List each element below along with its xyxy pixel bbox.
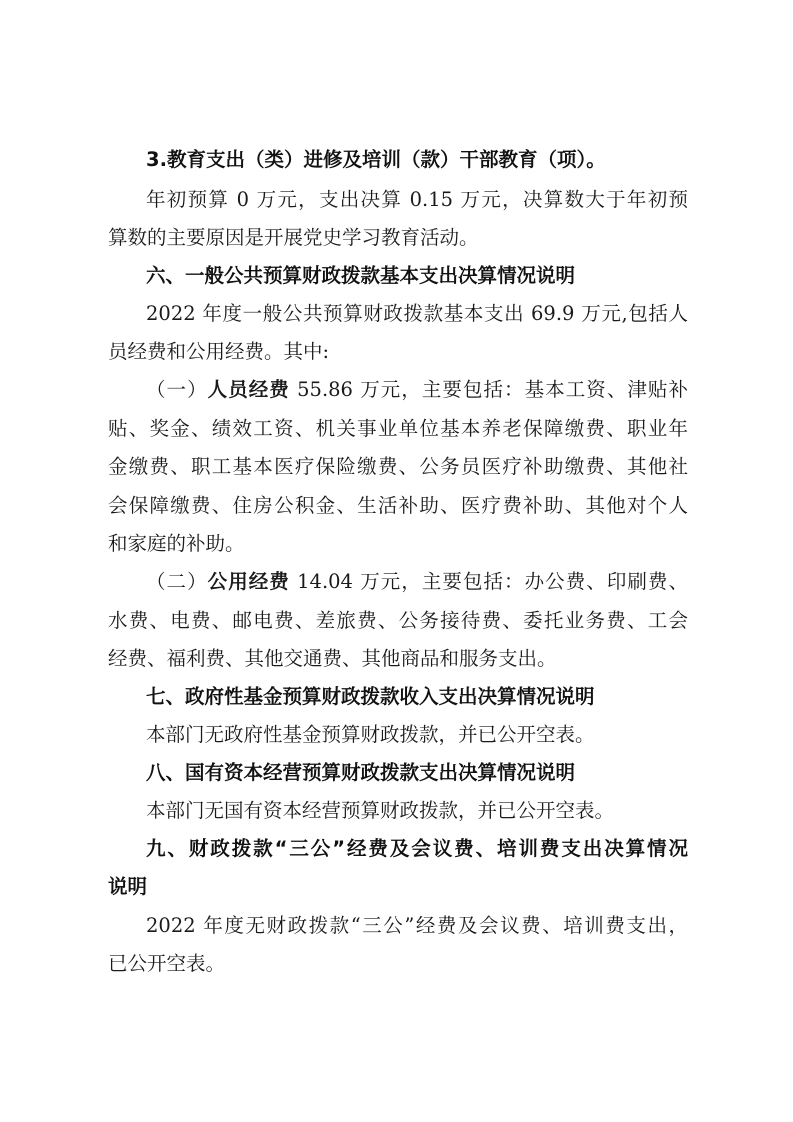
public-prefix: （二） xyxy=(146,570,208,593)
public-expense-label: 公用经费 xyxy=(208,570,290,593)
paragraph-line: 和家庭的补助。 xyxy=(108,528,688,560)
section-7-heading: 七、政府性基金预算财政拨款收入支出决算情况说明 xyxy=(146,681,688,713)
section-9-heading-cont: 说明 xyxy=(108,871,688,903)
paragraph-line: 年初预算 0 万元，支出决算 0.15 万元，决算数大于年初预 xyxy=(146,184,688,216)
paragraph-line: 员经费和公用经费。其中: xyxy=(108,336,688,368)
section-9-heading: 九、财政拨款“三公”经费及会议费、培训费支出决算情况 xyxy=(146,833,688,865)
paragraph-line: 经费、福利费、其他交通费、其他商品和服务支出。 xyxy=(108,643,688,675)
paragraph-line: 会保障缴费、住房公积金、生活补助、医疗费补助、其他对个人 xyxy=(108,490,688,522)
section-6-heading: 六、一般公共预算财政拨款基本支出决算情况说明 xyxy=(146,260,688,292)
paragraph-line: 2022 年度一般公共预算财政拨款基本支出 69.9 万元,包括人 xyxy=(146,298,688,330)
section-7-body: 本部门无政府性基金预算财政拨款，并已公开空表。 xyxy=(146,719,688,751)
personnel-prefix: （一） xyxy=(146,378,208,401)
paragraph-line: 金缴费、职工基本医疗保险缴费、公务员医疗补助缴费、其他社 xyxy=(108,451,688,483)
personnel-expense-label: 人员经费 xyxy=(208,378,290,401)
paragraph-line: 水费、电费、邮电费、差旅费、公务接待费、委托业务费、工会 xyxy=(108,605,688,637)
paragraph-line: 已公开空表。 xyxy=(108,948,688,980)
section-8-heading: 八、国有资本经营预算财政拨款支出决算情况说明 xyxy=(146,757,688,789)
document-page: 3.教育支出（类）进修及培训（款）干部教育（项）。 年初预算 0 万元，支出决算… xyxy=(0,0,793,1122)
personnel-expense-first-line: （一）人员经费 55.86 万元，主要包括：基本工资、津贴补 xyxy=(146,374,688,406)
personnel-expense-text: 55.86 万元，主要包括：基本工资、津贴补 xyxy=(290,378,688,401)
public-expense-first-line: （二）公用经费 14.04 万元，主要包括：办公费、印刷费、 xyxy=(146,566,688,598)
paragraph-line: 算数的主要原因是开展党史学习教育活动。 xyxy=(108,222,688,254)
public-expense-text: 14.04 万元，主要包括：办公费、印刷费、 xyxy=(290,570,688,593)
section-3-item-heading: 3.教育支出（类）进修及培训（款）干部教育（项）。 xyxy=(146,144,688,176)
paragraph-line: 贴、奖金、绩效工资、机关事业单位基本养老保障缴费、职业年 xyxy=(108,413,688,445)
section-8-body: 本部门无国有资本经营预算财政拨款，并已公开空表。 xyxy=(146,795,688,827)
paragraph-line: 2022 年度无财政拨款“三公”经费及会议费、培训费支出， xyxy=(146,910,688,942)
